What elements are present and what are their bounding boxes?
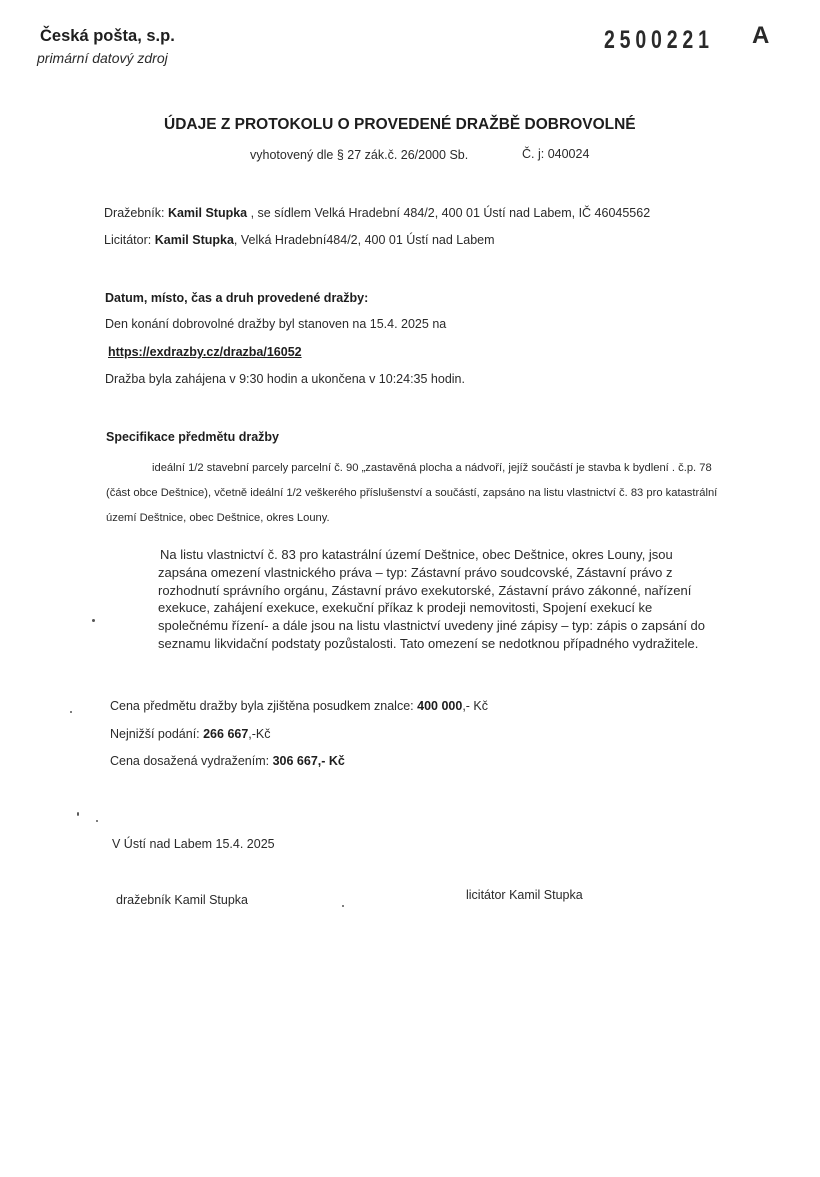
auctioneer-details: , se sídlem Velká Hradební 484/2, 400 01… — [247, 206, 650, 220]
licitator-line: Licitátor: Kamil Stupka, Velká Hradební4… — [104, 233, 495, 247]
final-price-value: 306 667,- Kč — [273, 754, 345, 768]
licitator-signature: licitátor Kamil Stupka — [466, 888, 583, 902]
organization-name: Česká pošta, s.p. — [40, 27, 175, 46]
auctioneer-line: Dražebník: Kamil Stupka , se sídlem Velk… — [104, 206, 650, 220]
scan-speck — [96, 820, 98, 822]
document-number-suffix: A — [752, 22, 769, 50]
restrictions-text: Na listu vlastnictví č. 83 pro katastrál… — [158, 546, 718, 653]
auction-info-heading: Datum, místo, čas a druh provedené dražb… — [105, 291, 368, 305]
place-and-date: V Ústí nad Labem 15.4. 2025 — [112, 837, 275, 851]
scan-speck — [342, 905, 344, 907]
minimum-bid-line: Nejnižší podání: 266 667,-Kč — [110, 727, 271, 741]
auction-time-line: Dražba byla zahájena v 9:30 hodin a ukon… — [105, 372, 465, 386]
specification-body: ideální 1/2 stavební parcely parcelní č.… — [106, 462, 717, 524]
document-title: ÚDAJE Z PROTOKOLU O PROVEDENÉ DRAŽBĚ DOB… — [164, 116, 636, 134]
organization-subtitle: primární datový zdroj — [37, 50, 168, 66]
final-price-line: Cena dosažená vydražením: 306 667,- Kč — [110, 754, 345, 768]
document-number: 2500221 — [604, 26, 714, 55]
auctioneer-signature: dražebník Kamil Stupka — [116, 893, 248, 907]
licitator-label: Licitátor: — [104, 233, 151, 247]
appraisal-value: 400 000 — [417, 699, 462, 713]
auctioneer-label: Dražebník: — [104, 206, 164, 220]
final-price-label: Cena dosažená vydražením: — [110, 754, 273, 768]
document-subtitle: vyhotovený dle § 27 zák.č. 26/2000 Sb. — [250, 148, 468, 162]
scan-speck — [92, 619, 95, 622]
auctioneer-name: Kamil Stupka — [168, 206, 247, 220]
appraisal-suffix: ,- Kč — [462, 699, 488, 713]
auction-url-link[interactable]: https://exdrazby.cz/drazba/16052 — [108, 345, 302, 359]
specification-heading: Specifikace předmětu dražby — [106, 430, 279, 444]
appraisal-price-line: Cena předmětu dražby byla zjištěna posud… — [110, 699, 488, 713]
licitator-name: Kamil Stupka — [155, 233, 234, 247]
specification-text: ideální 1/2 stavební parcely parcelní č.… — [106, 456, 726, 531]
scan-speck — [70, 711, 72, 713]
minimum-bid-value: 266 667 — [203, 727, 248, 741]
minimum-bid-label: Nejnižší podání: — [110, 727, 203, 741]
licitator-details: , Velká Hradební484/2, 400 01 Ústí nad L… — [234, 233, 495, 247]
auction-date-line: Den konání dobrovolné dražby byl stanove… — [105, 317, 446, 331]
minimum-bid-suffix: ,-Kč — [248, 727, 270, 741]
reference-number: Č. j: 040024 — [522, 147, 589, 161]
scan-speck — [77, 812, 79, 816]
appraisal-label: Cena předmětu dražby byla zjištěna posud… — [110, 699, 417, 713]
